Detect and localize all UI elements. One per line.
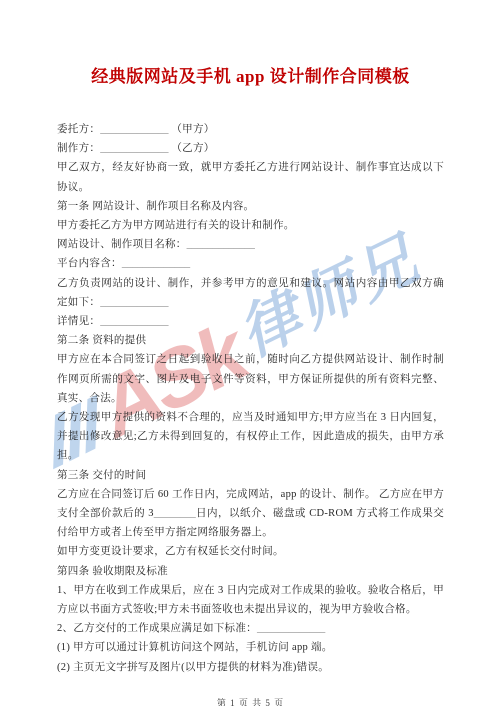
- paragraph: 甲乙双方，经友好协商一致，就甲方委托乙方进行网站设计、制作事宜达成以下协议。: [57, 158, 444, 196]
- paragraph-text: (2) 主页无文字拼写及图片(以甲方提供的材料为准)错误。: [57, 662, 329, 673]
- paragraph: 2、乙方交付的工作成果应满足如下标准：_____________: [57, 619, 444, 638]
- paragraph: 第四条 验收期限及标准: [57, 562, 444, 581]
- paragraph-text: （甲方）: [168, 124, 214, 135]
- paragraph-text: 网站设计、制作项目名称：: [57, 239, 187, 250]
- paragraph-text: 第二条 资料的提供: [57, 335, 146, 346]
- paragraph: 第二条 资料的提供: [57, 331, 444, 350]
- paragraph: 乙方发现甲方提供的资料不合理的，应当及时通知甲方;甲方应当在 3 日内回复，并提…: [57, 408, 444, 466]
- page-number-footer: 第 1 页 共 5 页: [57, 696, 444, 706]
- paragraph-text: （乙方）: [168, 143, 214, 154]
- document-body: 委托方：_____________ （甲方）制作方：_____________ …: [57, 120, 444, 677]
- paragraph-text: 1、甲方在收到工作成果后，应在 3 日内完成对工作成果的验收。验收合格后，甲方应…: [57, 585, 444, 615]
- paragraph: 详情见：_____________: [57, 312, 444, 331]
- blank-fill-field: _____________: [187, 239, 255, 250]
- paragraph-text: 委托方：: [57, 124, 100, 135]
- paragraph-text: 第四条 验收期限及标准: [57, 566, 168, 577]
- paragraph-text: 甲方应在本合同签订之日起到验收日之前，随时向乙方提供网站设计、制作时制作网页所需…: [57, 354, 444, 403]
- paragraph: (1) 甲方可以通过计算机访问这个网站，手机访问 app 端。: [57, 638, 444, 657]
- paragraph-text: 如甲方变更设计要求，乙方有权延长交付时间。: [57, 546, 284, 557]
- paragraph: 第一条 网站设计、制作项目名称及内容。: [57, 197, 444, 216]
- paragraph: 如甲方变更设计要求，乙方有权延长交付时间。: [57, 542, 444, 561]
- blank-fill-field: _____________: [100, 124, 168, 135]
- blank-fill-field: _____________: [257, 623, 325, 634]
- paragraph: 乙方应在合同签订后 60 工作日内，完成网站，app 的设计、制作。 乙方应在甲…: [57, 485, 444, 543]
- paragraph: (2) 主页无文字拼写及图片(以甲方提供的材料为准)错误。: [57, 658, 444, 677]
- blank-fill-field: _____________: [100, 316, 168, 327]
- paragraph-text: 制作方：: [57, 143, 100, 154]
- paragraph: 网站设计、制作项目名称：_____________: [57, 235, 444, 254]
- paragraph: 甲方应在本合同签订之日起到验收日之前，随时向乙方提供网站设计、制作时制作网页所需…: [57, 350, 444, 408]
- blank-fill-field: _____________: [122, 258, 190, 269]
- paragraph-text: 第三条 交付的时间: [57, 470, 146, 481]
- document-title: 经典版网站及手机 app 设计制作合同模板: [57, 62, 444, 87]
- paragraph: 制作方：_____________ （乙方）: [57, 139, 444, 158]
- paragraph: 委托方：_____________ （甲方）: [57, 120, 444, 139]
- paragraph-text: 甲方委托乙方为甲方网站进行有关的设计和制作。: [57, 220, 295, 231]
- paragraph: 乙方负责网站的设计、制作，并参考甲方的意见和建议。网站内容由甲乙双方确定如下：_…: [57, 274, 444, 312]
- paragraph: 平台内容含：_____________: [57, 254, 444, 273]
- paragraph-text: 平台内容含：: [57, 258, 122, 269]
- paragraph-text: 甲乙双方，经友好协商一致，就甲方委托乙方进行网站设计、制作事宜达成以下协议。: [57, 162, 444, 192]
- blank-fill-field: ________: [154, 508, 196, 519]
- paragraph-text: (1) 甲方可以通过计算机访问这个网站，手机访问 app 端。: [57, 642, 333, 653]
- blank-fill-field: _____________: [100, 143, 168, 154]
- blank-fill-field: _____________: [100, 297, 168, 308]
- document-page: 经典版网站及手机 app 设计制作合同模板 委托方：_____________ …: [0, 0, 500, 706]
- paragraph-text: 乙方发现甲方提供的资料不合理的，应当及时通知甲方;甲方应当在 3 日内回复，并提…: [57, 412, 444, 461]
- paragraph: 第三条 交付的时间: [57, 466, 444, 485]
- paragraph: 甲方委托乙方为甲方网站进行有关的设计和制作。: [57, 216, 444, 235]
- paragraph-text: 2、乙方交付的工作成果应满足如下标准：: [57, 623, 257, 634]
- paragraph-text: 详情见：: [57, 316, 100, 327]
- paragraph-text: 第一条 网站设计、制作项目名称及内容。: [57, 201, 254, 212]
- paragraph: 1、甲方在收到工作成果后，应在 3 日内完成对工作成果的验收。验收合格后，甲方应…: [57, 581, 444, 619]
